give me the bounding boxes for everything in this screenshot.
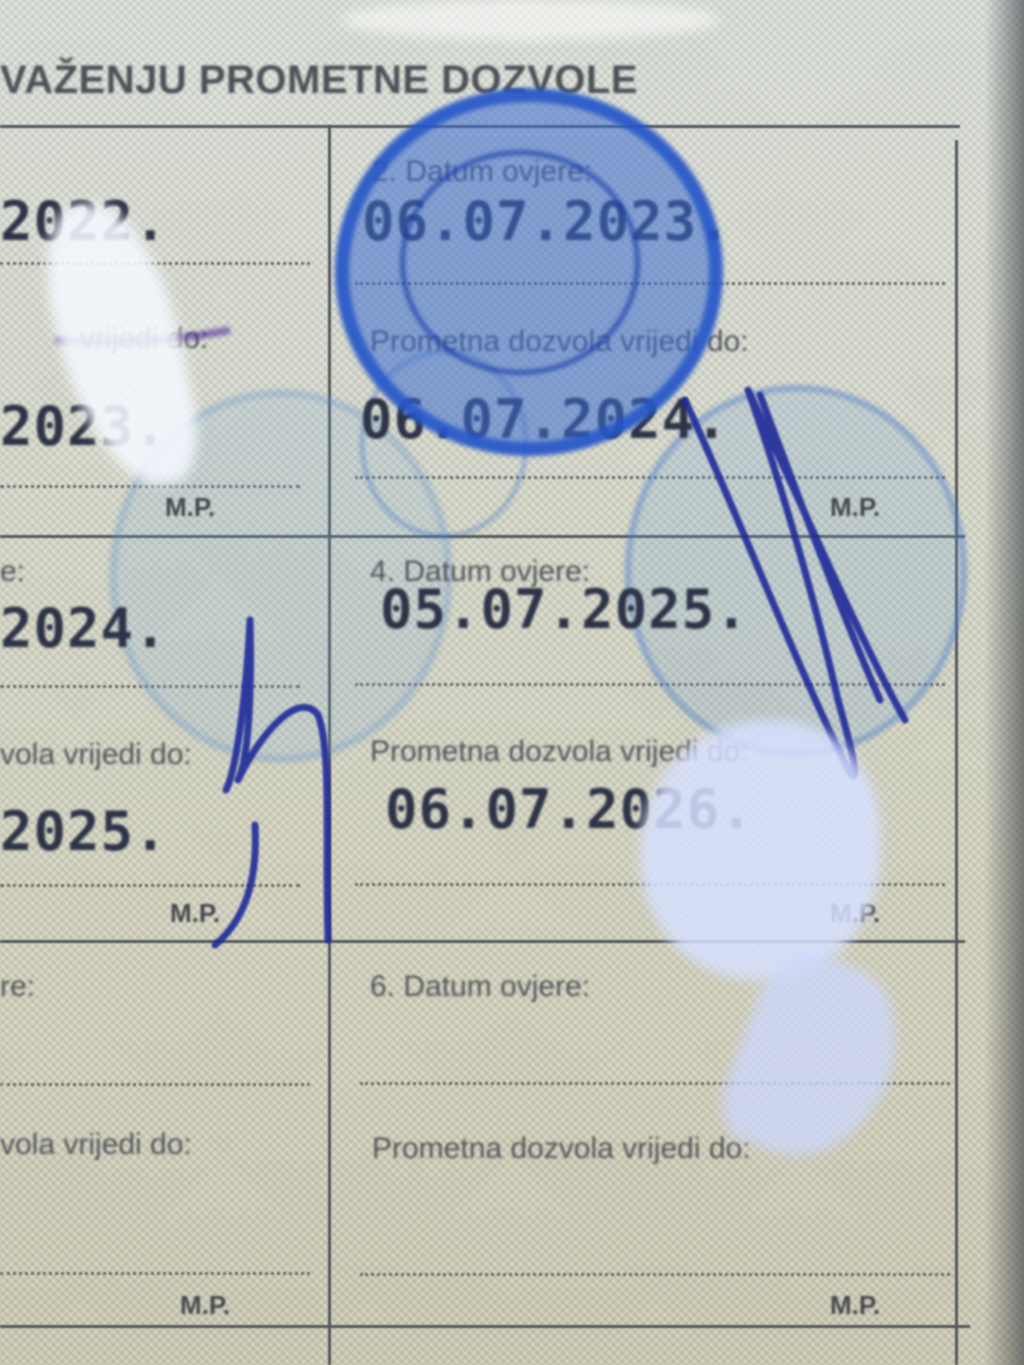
light-glare [640, 720, 880, 980]
official-stamp-inner-ring [400, 150, 640, 375]
stamp-place-label: M.P. [830, 1290, 880, 1321]
valid-until-label: Prometna dozvola vrijedi do: [372, 1132, 751, 1166]
grid-line-right [955, 140, 958, 1365]
validation-date-label: 6. Datum ovjere: [370, 970, 590, 1004]
grid-line-row3 [0, 1325, 970, 1328]
stamp-place-label: M.P. [170, 898, 220, 929]
valid-until-label: vola vrijedi do: [0, 738, 192, 772]
validation-date-label: re: [0, 970, 35, 1004]
stamp-place-label: M.P. [180, 1290, 230, 1321]
validation-date: 05.07.2025. [380, 578, 749, 641]
valid-until-date: 2025. [0, 800, 168, 863]
validation-date-label: e: [0, 555, 25, 589]
validation-date: 2024. [0, 597, 168, 660]
light-glare [340, 0, 720, 40]
dotted-rule [360, 1273, 950, 1276]
stamp-place-label: M.P. [830, 492, 880, 523]
dotted-rule [0, 884, 300, 887]
stamp-place-label: M.P. [165, 492, 215, 523]
dotted-rule [0, 1083, 310, 1086]
valid-until-label: vola vrijedi do: [0, 1128, 192, 1162]
dotted-rule [0, 1272, 310, 1275]
dotted-rule [0, 262, 310, 265]
document-edge-shadow [984, 0, 1024, 1365]
